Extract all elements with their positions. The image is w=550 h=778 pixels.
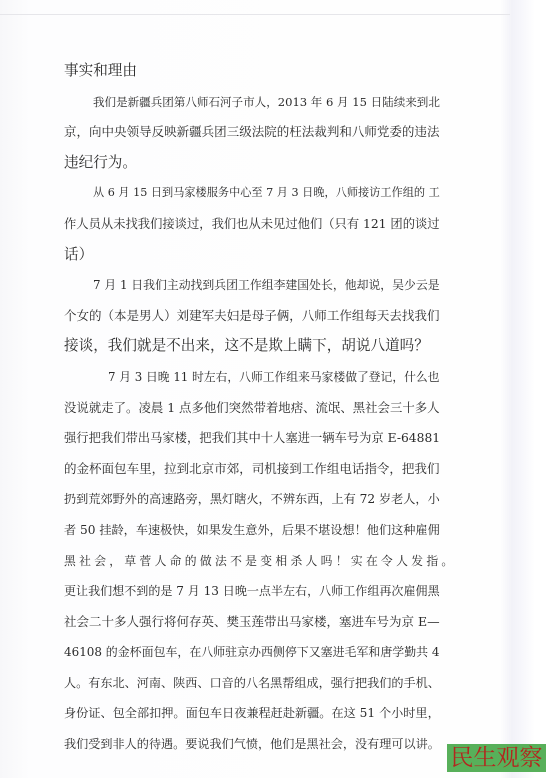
paragraph-lines: 我们是新疆兵团第八师石河子市人，2013 年 6 月 15 日陆续来到北京，向中… bbox=[64, 87, 440, 760]
text-line: 接谈，我们就是不出来，这不是欺上瞒下，胡说八道吗？ bbox=[64, 331, 440, 362]
text-line: 黑社会，草菅人命的做法不是变相杀人吗！实在令人发指。 bbox=[64, 546, 440, 577]
text-line: 强行把我们带出马家楼，把我们其中十人塞进一辆车号为京 E-64881 bbox=[64, 423, 440, 454]
text-line: 我们受到非人的待遇。要说我们气愤，他们是黑社会，没有理可以讲。 bbox=[64, 729, 440, 760]
text-line: 从 6 月 15 日到马家楼服务中心至 7 月 3 日晚，八师接访工作组的 工 bbox=[64, 178, 440, 209]
text-line: 京，向中央领导反映新疆兵团三级法院的枉法裁判和八师党委的违法 bbox=[64, 117, 440, 148]
text-line: 没说就走了。凌晨 1 点多他们突然带着地痞、流氓、黑社会三十多人 bbox=[64, 393, 440, 424]
text-line: 7 月 3 日晚 11 时左右，八师工作组来马家楼做了登记，什么也 bbox=[64, 362, 440, 393]
scanned-page: 事实和理由 我们是新疆兵团第八师石河子市人，2013 年 6 月 15 日陆续来… bbox=[0, 0, 550, 778]
text-line: 的金杯面包车里，拉到北京市郊，司机接到工作组电话指令，把我们 bbox=[64, 454, 440, 485]
text-line: 话） bbox=[64, 240, 440, 271]
watermark-logo: 民生观察 bbox=[447, 744, 546, 772]
text-line: 者 50 挂龄，车速极快，如果发生意外，后果不堪设想！他们这种雇佣 bbox=[64, 515, 440, 546]
text-line: 扔到荒郊野外的高速路旁，黑灯瞎火，不辨东西，上有 72 岁老人，小 bbox=[64, 484, 440, 515]
text-line: 人。有东北、河南、陕西、口音的八名黑帮组成，强行把我们的手机、 bbox=[64, 668, 440, 699]
text-line: 社会二十多人强行将何存英、樊玉莲带出马家楼，塞进车号为京 E— bbox=[64, 607, 440, 638]
text-line: 身份证、包全部扣押。面包车日夜兼程赶赴新疆。在这 51 个小时里， bbox=[64, 698, 440, 729]
document-body: 事实和理由 我们是新疆兵团第八师石河子市人，2013 年 6 月 15 日陆续来… bbox=[64, 56, 440, 760]
text-line: 更让我们想不到的是 7 月 13 日晚一点半左右，八师工作组再次雇佣黑 bbox=[64, 576, 440, 607]
text-line: 46108 的金杯面包车，在八师驻京办西侧停下又塞进毛军和唐学勤共 4 bbox=[64, 637, 440, 668]
text-line: 违纪行为。 bbox=[64, 148, 440, 179]
scan-artifact-line bbox=[0, 14, 510, 15]
text-line: 作人员从未找我们接谈过，我们也从未见过他们（只有 121 团的谈过 bbox=[64, 209, 440, 240]
document-heading: 事实和理由 bbox=[64, 56, 440, 87]
text-line: 我们是新疆兵团第八师石河子市人，2013 年 6 月 15 日陆续来到北 bbox=[64, 87, 440, 118]
text-line: 个女的（本是男人）刘建军夫妇是母子俩，八师工作组每天去找我们 bbox=[64, 301, 440, 332]
text-line: 7 月 1 日我们主动找到兵团工作组李建国处长，他却说，吴少云是 bbox=[64, 270, 440, 301]
